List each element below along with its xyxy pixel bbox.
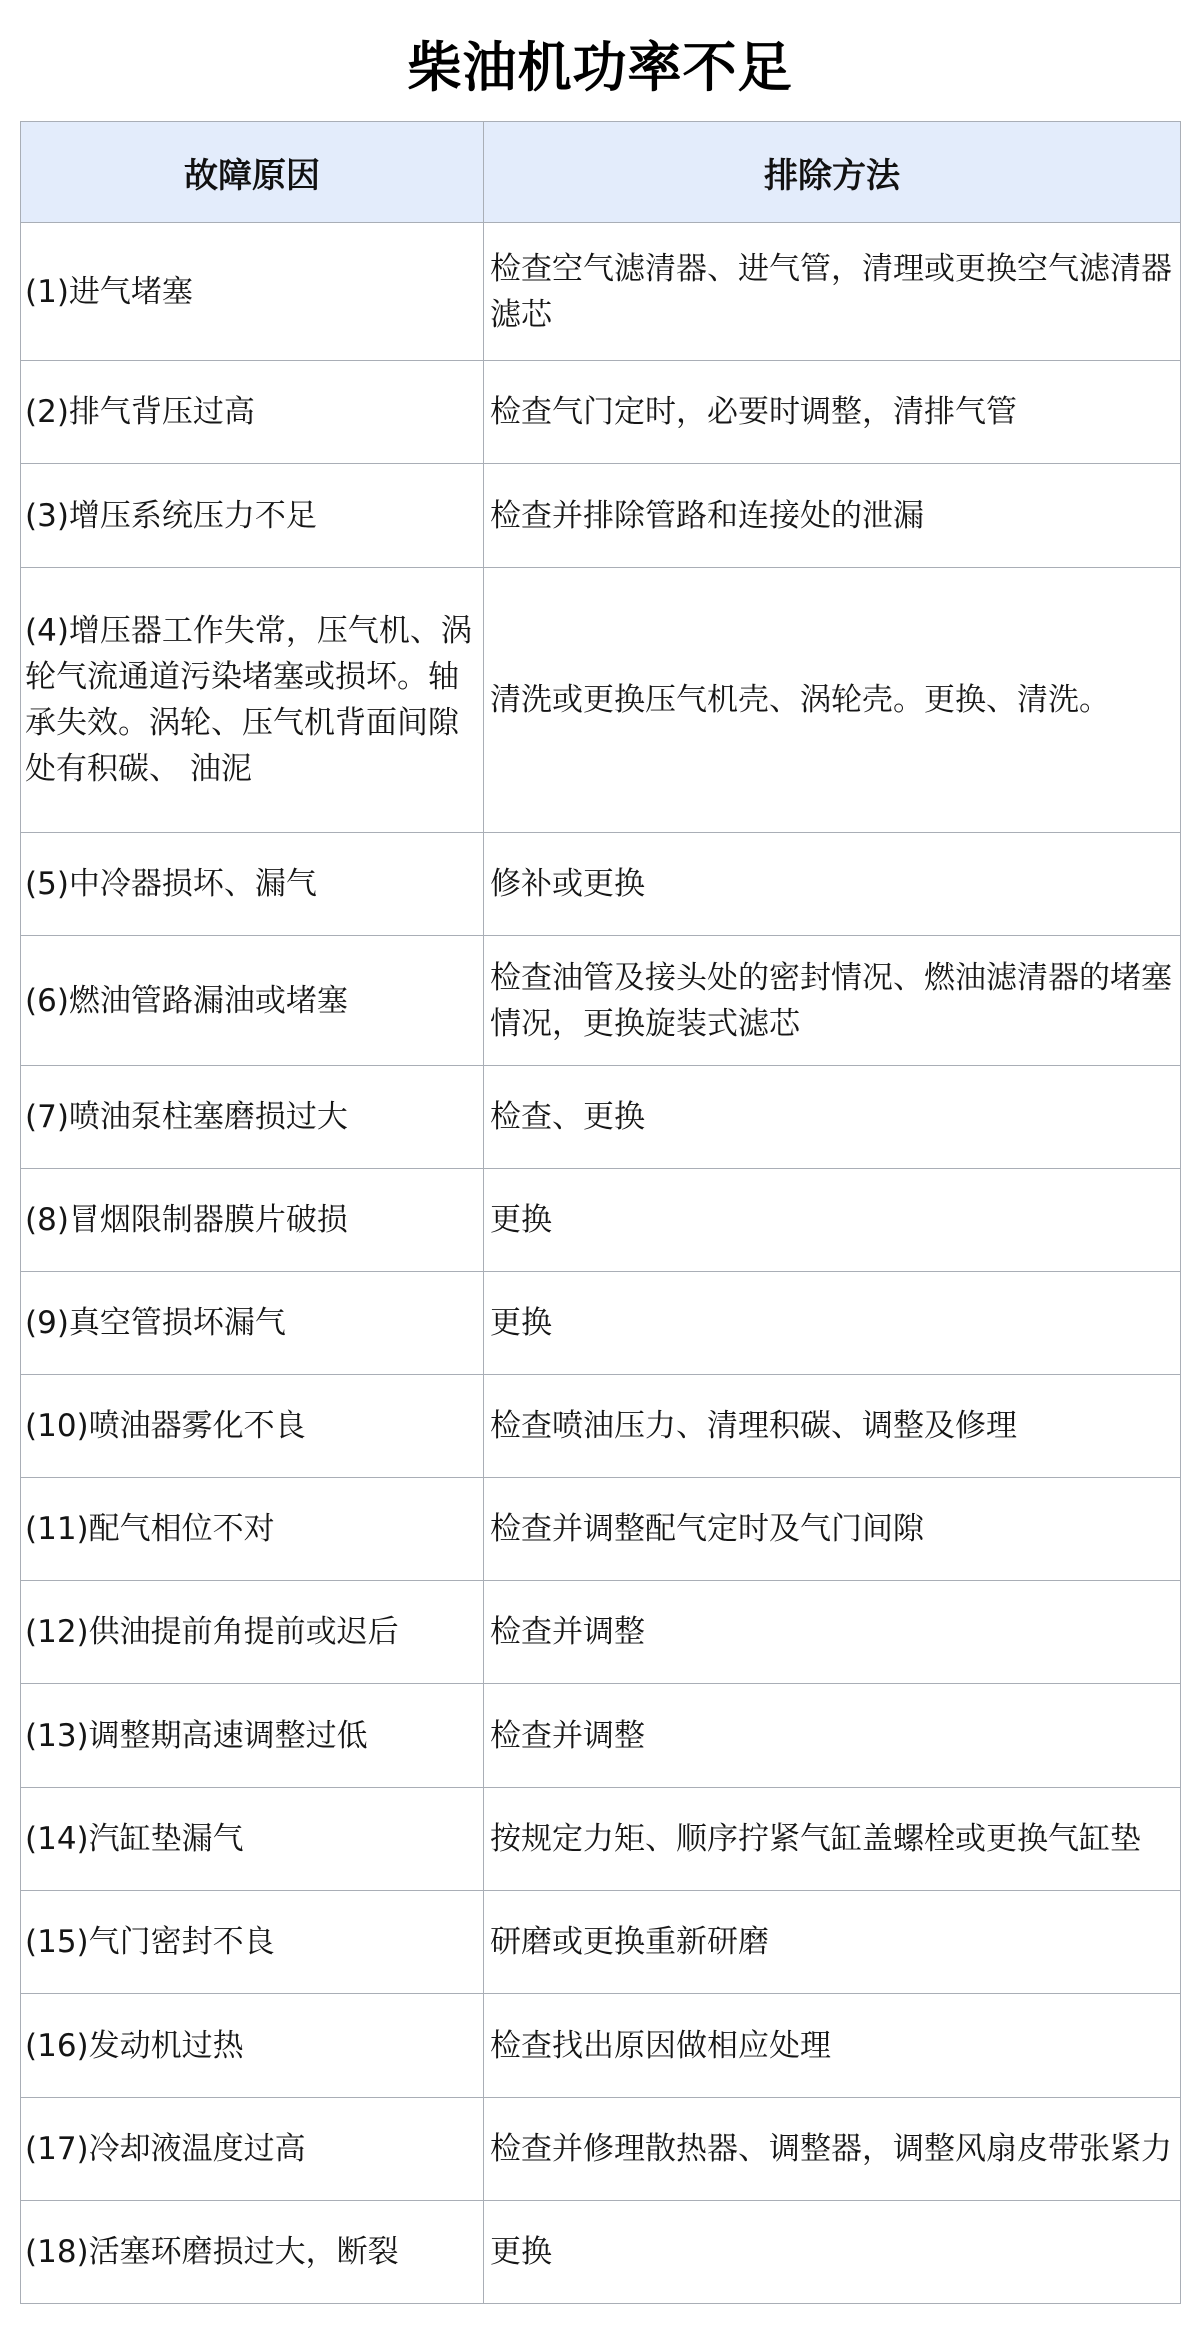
cell-remedy: 检查喷油压力、清理积碳、调整及修理 bbox=[484, 1375, 1181, 1478]
cell-fault-cause: (9)真空管损坏漏气 bbox=[21, 1272, 484, 1375]
cell-remedy: 检查并排除管路和连接处的泄漏 bbox=[484, 464, 1181, 568]
cell-remedy: 检查油管及接头处的密封情况、燃油滤清器的堵塞情况，更换旋装式滤芯 bbox=[484, 936, 1181, 1066]
cell-fault-cause: (4)增压器工作失常，压气机、涡轮气流通道污染堵塞或损坏。轴承失效。涡轮、压气机… bbox=[21, 568, 484, 833]
table-row: (5)中冷器损坏、漏气修补或更换 bbox=[21, 833, 1181, 936]
page-title: 柴油机功率不足 bbox=[0, 34, 1200, 102]
cell-fault-cause: (12)供油提前角提前或迟后 bbox=[21, 1581, 484, 1684]
cell-fault-cause: (7)喷油泵柱塞磨损过大 bbox=[21, 1066, 484, 1169]
cell-remedy: 检查找出原因做相应处理 bbox=[484, 1994, 1181, 2098]
header-remedy: 排除方法 bbox=[484, 122, 1181, 223]
cell-remedy: 按规定力矩、顺序拧紧气缸盖螺栓或更换气缸垫 bbox=[484, 1788, 1181, 1891]
cell-remedy: 检查空气滤清器、进气管，清理或更换空气滤清器滤芯 bbox=[484, 223, 1181, 361]
cell-remedy: 检查、更换 bbox=[484, 1066, 1181, 1169]
cell-fault-cause: (2)排气背压过高 bbox=[21, 361, 484, 464]
table-row: (13)调整期高速调整过低检查并调整 bbox=[21, 1684, 1181, 1788]
table-row: (17)冷却液温度过高检查并修理散热器、调整器，调整风扇皮带张紧力 bbox=[21, 2098, 1181, 2201]
table-row: (10)喷油器雾化不良检查喷油压力、清理积碳、调整及修理 bbox=[21, 1375, 1181, 1478]
cell-remedy: 检查气门定时，必要时调整，清排气管 bbox=[484, 361, 1181, 464]
cell-remedy: 检查并调整 bbox=[484, 1684, 1181, 1788]
cell-remedy: 检查并调整 bbox=[484, 1581, 1181, 1684]
table-row: (4)增压器工作失常，压气机、涡轮气流通道污染堵塞或损坏。轴承失效。涡轮、压气机… bbox=[21, 568, 1181, 833]
cell-fault-cause: (1)进气堵塞 bbox=[21, 223, 484, 361]
table-header-row: 故障原因 排除方法 bbox=[21, 122, 1181, 223]
cell-fault-cause: (17)冷却液温度过高 bbox=[21, 2098, 484, 2201]
table-row: (16)发动机过热检查找出原因做相应处理 bbox=[21, 1994, 1181, 2098]
table-row: (11)配气相位不对检查并调整配气定时及气门间隙 bbox=[21, 1478, 1181, 1581]
table-row: (3)增压系统压力不足检查并排除管路和连接处的泄漏 bbox=[21, 464, 1181, 568]
fault-table: 故障原因 排除方法 (1)进气堵塞检查空气滤清器、进气管，清理或更换空气滤清器滤… bbox=[20, 121, 1181, 2304]
cell-fault-cause: (15)气门密封不良 bbox=[21, 1891, 484, 1994]
cell-fault-cause: (6)燃油管路漏油或堵塞 bbox=[21, 936, 484, 1066]
cell-remedy: 检查并修理散热器、调整器，调整风扇皮带张紧力 bbox=[484, 2098, 1181, 2201]
table-body: (1)进气堵塞检查空气滤清器、进气管，清理或更换空气滤清器滤芯(2)排气背压过高… bbox=[21, 223, 1181, 2304]
cell-remedy: 修补或更换 bbox=[484, 833, 1181, 936]
cell-fault-cause: (11)配气相位不对 bbox=[21, 1478, 484, 1581]
table-row: (15)气门密封不良研磨或更换重新研磨 bbox=[21, 1891, 1181, 1994]
cell-fault-cause: (3)增压系统压力不足 bbox=[21, 464, 484, 568]
cell-remedy: 清洗或更换压气机壳、涡轮壳。更换、清洗。 bbox=[484, 568, 1181, 833]
cell-fault-cause: (10)喷油器雾化不良 bbox=[21, 1375, 484, 1478]
cell-fault-cause: (18)活塞环磨损过大，断裂 bbox=[21, 2201, 484, 2304]
table-row: (18)活塞环磨损过大，断裂更换 bbox=[21, 2201, 1181, 2304]
table-row: (6)燃油管路漏油或堵塞检查油管及接头处的密封情况、燃油滤清器的堵塞情况，更换旋… bbox=[21, 936, 1181, 1066]
header-cause: 故障原因 bbox=[21, 122, 484, 223]
cell-remedy: 研磨或更换重新研磨 bbox=[484, 1891, 1181, 1994]
cell-fault-cause: (16)发动机过热 bbox=[21, 1994, 484, 2098]
cell-fault-cause: (14)汽缸垫漏气 bbox=[21, 1788, 484, 1891]
table-row: (14)汽缸垫漏气按规定力矩、顺序拧紧气缸盖螺栓或更换气缸垫 bbox=[21, 1788, 1181, 1891]
table-row: (9)真空管损坏漏气更换 bbox=[21, 1272, 1181, 1375]
cell-remedy: 更换 bbox=[484, 2201, 1181, 2304]
cell-remedy: 更换 bbox=[484, 1272, 1181, 1375]
table-row: (7)喷油泵柱塞磨损过大检查、更换 bbox=[21, 1066, 1181, 1169]
table-row: (2)排气背压过高检查气门定时，必要时调整，清排气管 bbox=[21, 361, 1181, 464]
table-row: (8)冒烟限制器膜片破损更换 bbox=[21, 1169, 1181, 1272]
cell-remedy: 更换 bbox=[484, 1169, 1181, 1272]
cell-fault-cause: (8)冒烟限制器膜片破损 bbox=[21, 1169, 484, 1272]
cell-remedy: 检查并调整配气定时及气门间隙 bbox=[484, 1478, 1181, 1581]
table-row: (12)供油提前角提前或迟后检查并调整 bbox=[21, 1581, 1181, 1684]
cell-fault-cause: (13)调整期高速调整过低 bbox=[21, 1684, 484, 1788]
table-row: (1)进气堵塞检查空气滤清器、进气管，清理或更换空气滤清器滤芯 bbox=[21, 223, 1181, 361]
cell-fault-cause: (5)中冷器损坏、漏气 bbox=[21, 833, 484, 936]
